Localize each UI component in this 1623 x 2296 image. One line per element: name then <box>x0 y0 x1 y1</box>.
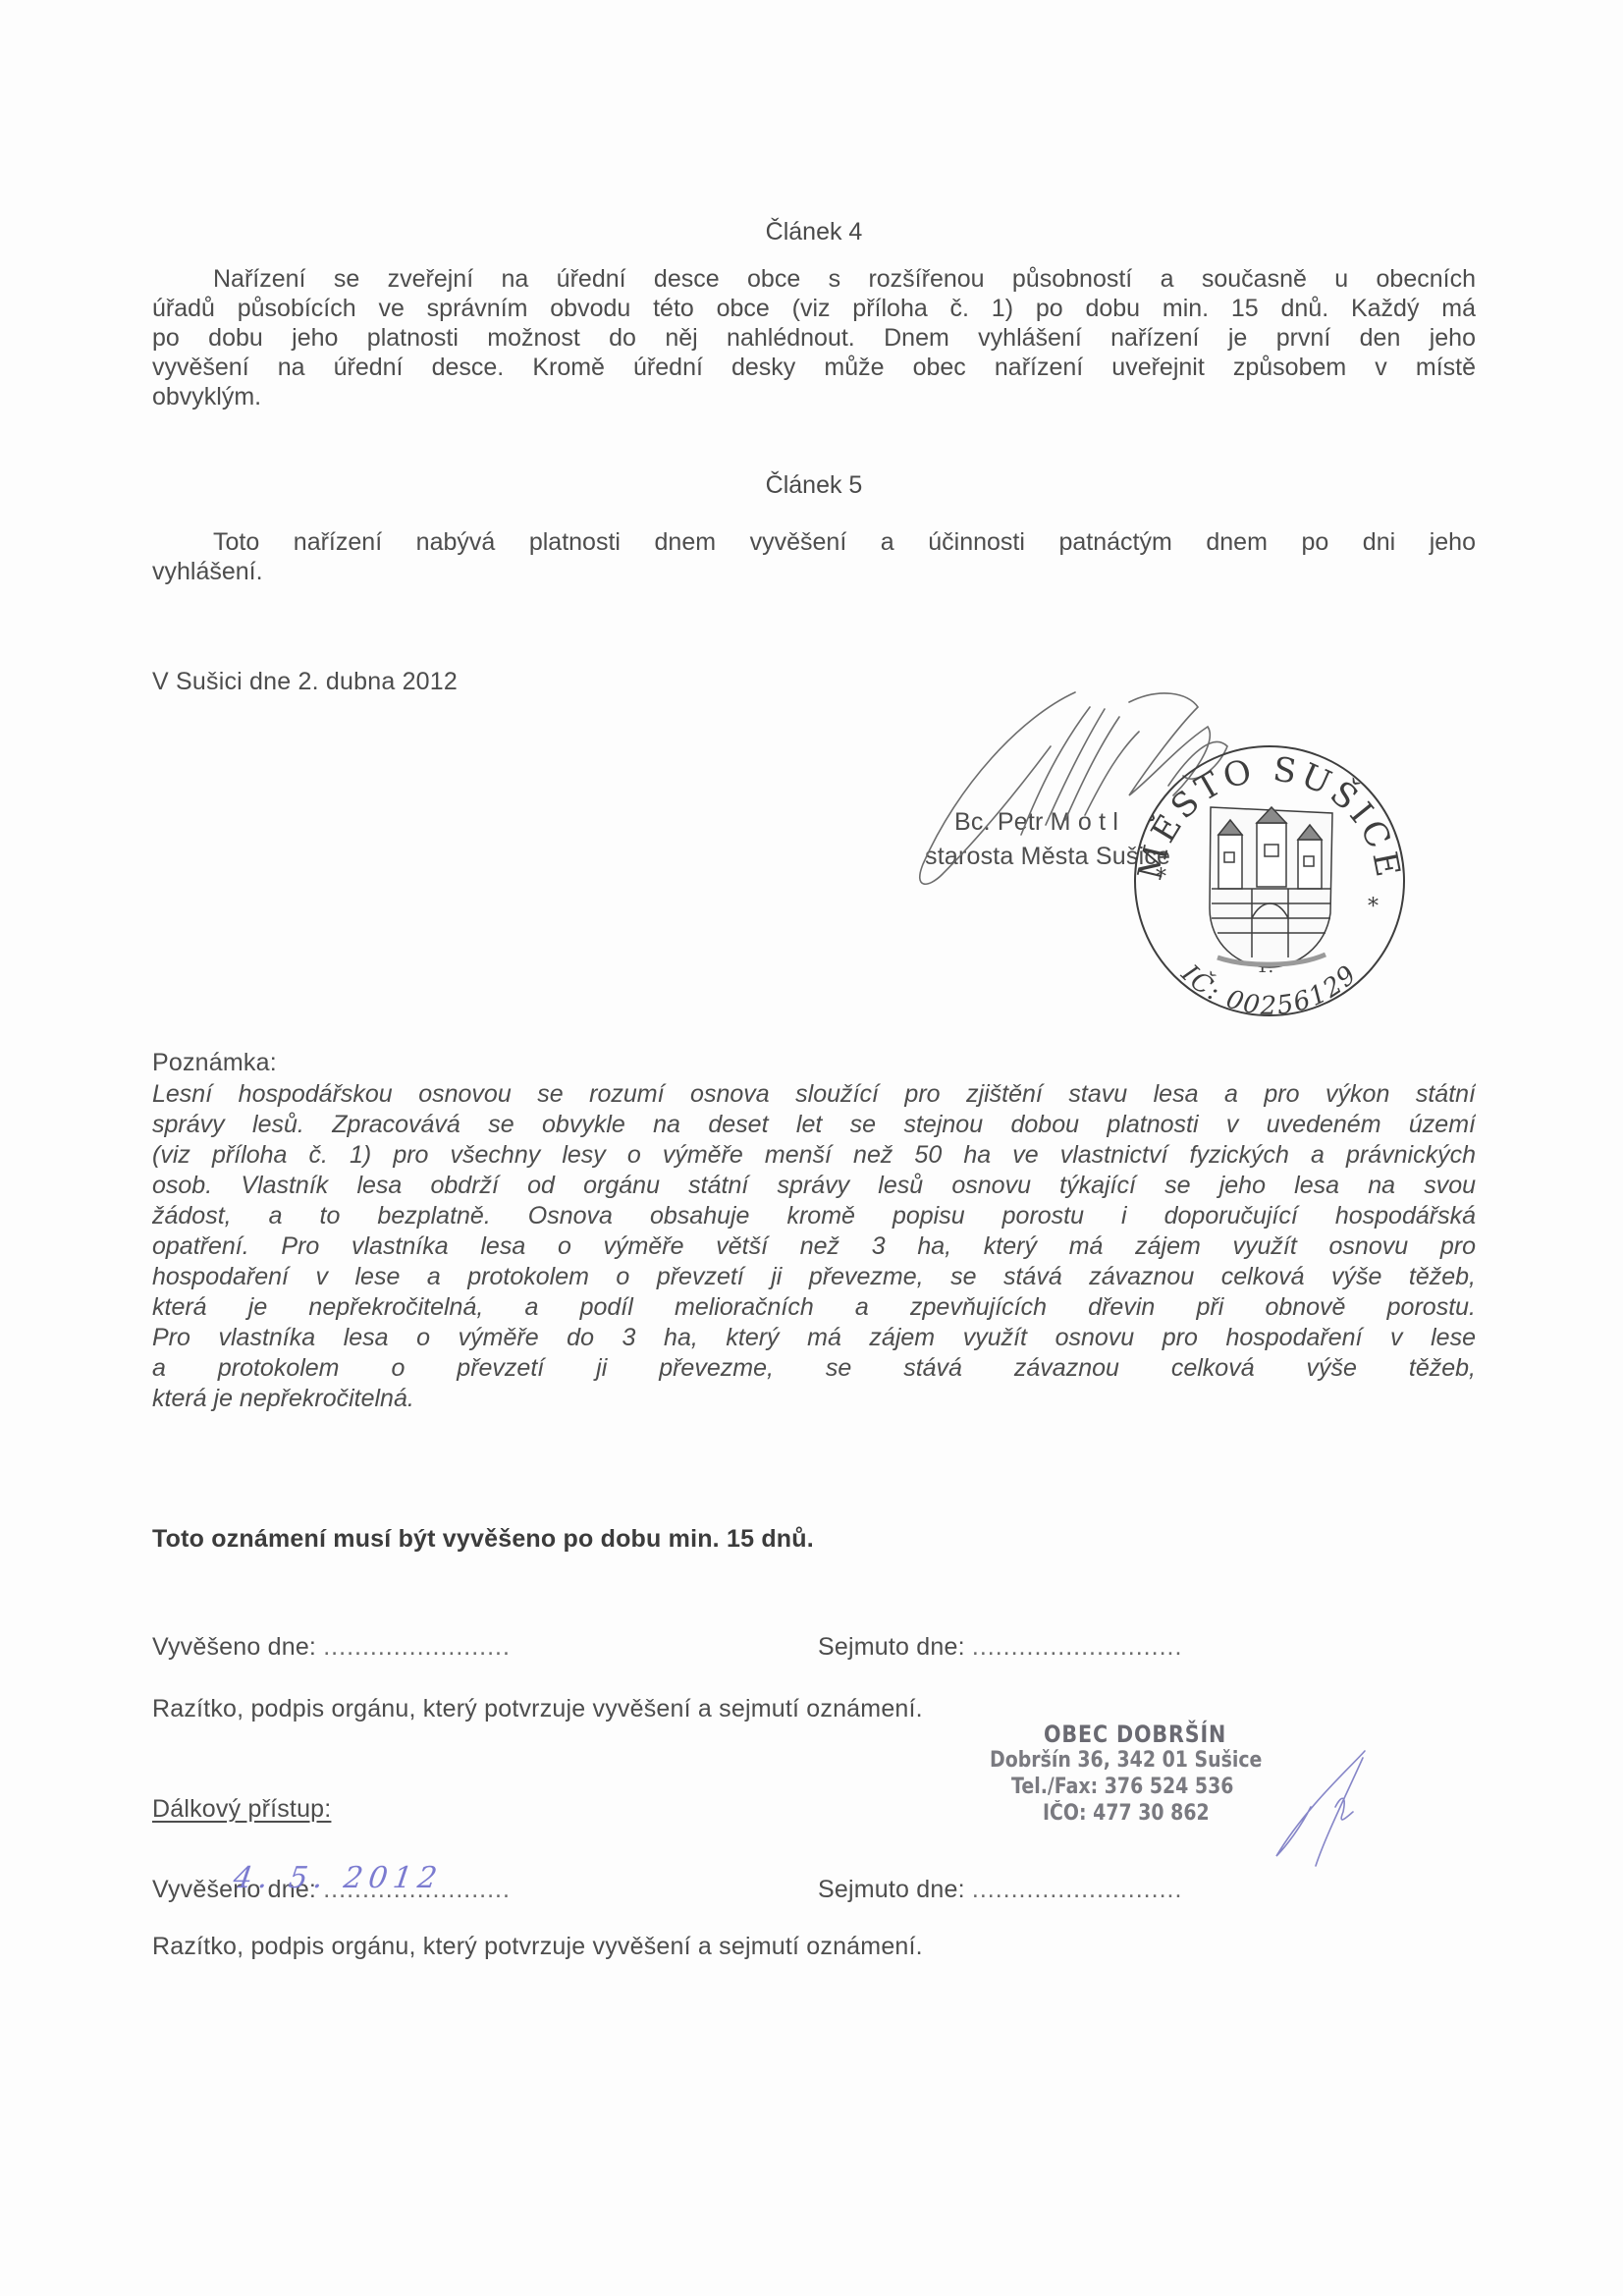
stamp-star-right: * <box>1368 895 1379 919</box>
stamp-note-1: Razítko, podpis orgánu, který potvrzuje … <box>152 1694 923 1723</box>
document-page: Článek 4 Nařízení se zveřejní na úřední … <box>0 0 1623 2296</box>
posted-date-field-1[interactable]: Vyvěšeno dne: ........................ <box>152 1632 511 1662</box>
removed-value: ........................... <box>972 1633 1183 1661</box>
note-line: žádost, a to bezplatně. Osnova obsahuje … <box>152 1201 1476 1230</box>
remote-access-label: Dálkový přístup: <box>152 1794 331 1824</box>
removed-label: Sejmuto dne: <box>818 1876 965 1903</box>
municipality-stamp-phone: Tel./Fax: 376 524 536 <box>1011 1775 1233 1799</box>
svg-text:MĚSTO SUŠICE: MĚSTO SUŠICE <box>1130 750 1408 885</box>
notice-duration: Toto oznámení musí být vyvěšeno po dobu … <box>152 1524 814 1554</box>
signatory-name: Bc. Petr M o t l <box>954 807 1118 837</box>
note-line: Pro vlastníka lesa o výměře do 3 ha, kte… <box>152 1323 1476 1352</box>
article-4-line: obvyklým. <box>152 382 1476 411</box>
note-line: osob. Vlastník lesa obdrží od orgánu stá… <box>152 1171 1476 1200</box>
article-4-line: vyvěšení na úřední desce. Kromě úřední d… <box>152 353 1476 382</box>
article-4-line: Nařízení se zveřejní na úřední desce obc… <box>213 264 1476 294</box>
stamp-signature-scribble <box>1276 1751 1365 1866</box>
removed-label: Sejmuto dne: <box>818 1633 965 1661</box>
municipality-stamp-address: Dobršín 36, 342 01 Sušice <box>990 1748 1262 1773</box>
article-4-heading: Článek 4 <box>667 217 961 246</box>
note-line: hospodaření v lese a protokolem o převze… <box>152 1262 1476 1291</box>
coat-of-arms-icon <box>1210 807 1332 967</box>
removed-date-field-1[interactable]: Sejmuto dne: ........................... <box>818 1632 1182 1662</box>
note-line: která je nepřekročitelná. <box>152 1384 1476 1413</box>
place-date: V Sušici dne 2. dubna 2012 <box>152 667 458 696</box>
svg-text:IČ: 00256129: IČ: 00256129 <box>1174 958 1364 1020</box>
article-4-line: po dobu jeho platnosti možnost do něj na… <box>152 323 1476 353</box>
note-line: a protokolem o převzetí ji převezme, se … <box>152 1353 1476 1383</box>
stamp-top-text: MĚSTO SUŠICE <box>1130 750 1408 885</box>
city-stamp: MĚSTO SUŠICE IČ: 00256129 * * 1. <box>1130 746 1408 1021</box>
note-line: opatření. Pro vlastníka lesa o výměře vě… <box>152 1231 1476 1261</box>
note-line: Lesní hospodářskou osnovou se rozumí osn… <box>152 1079 1476 1109</box>
stamp-number: 1. <box>1257 957 1273 977</box>
note-line: která je nepřekročitelná, a podíl melior… <box>152 1292 1476 1322</box>
note-label: Poznámka: <box>152 1048 277 1077</box>
municipality-stamp-title: OBEC DOBRŠÍN <box>1044 1721 1226 1748</box>
posted-value: ........................ <box>323 1633 511 1661</box>
handwritten-posted-date: 4. 5. 2012 <box>232 1861 446 1895</box>
note-line: správy lesů. Zpracovává se obvykle na de… <box>152 1110 1476 1139</box>
note-line: (viz příloha č. 1) pro všechny lesy o vý… <box>152 1140 1476 1170</box>
signatory-title: starosta Města Sušice <box>925 842 1170 871</box>
stamp-bottom-text: IČ: 00256129 <box>1174 958 1364 1020</box>
article-5-heading: Článek 5 <box>667 470 961 500</box>
article-4-line: úřadů působících ve správním obvodu této… <box>152 294 1476 323</box>
municipality-stamp-ico: IČO: 477 30 862 <box>1043 1801 1210 1826</box>
removed-value: ........................... <box>972 1876 1183 1903</box>
removed-date-field-2[interactable]: Sejmuto dne: ........................... <box>818 1875 1182 1904</box>
stamp-note-2: Razítko, podpis orgánu, který potvrzuje … <box>152 1932 923 1961</box>
article-5-line: Toto nařízení nabývá platnosti dnem vyvě… <box>213 527 1476 557</box>
article-5-line: vyhlášení. <box>152 557 1476 586</box>
posted-label: Vyvěšeno dne: <box>152 1633 316 1661</box>
